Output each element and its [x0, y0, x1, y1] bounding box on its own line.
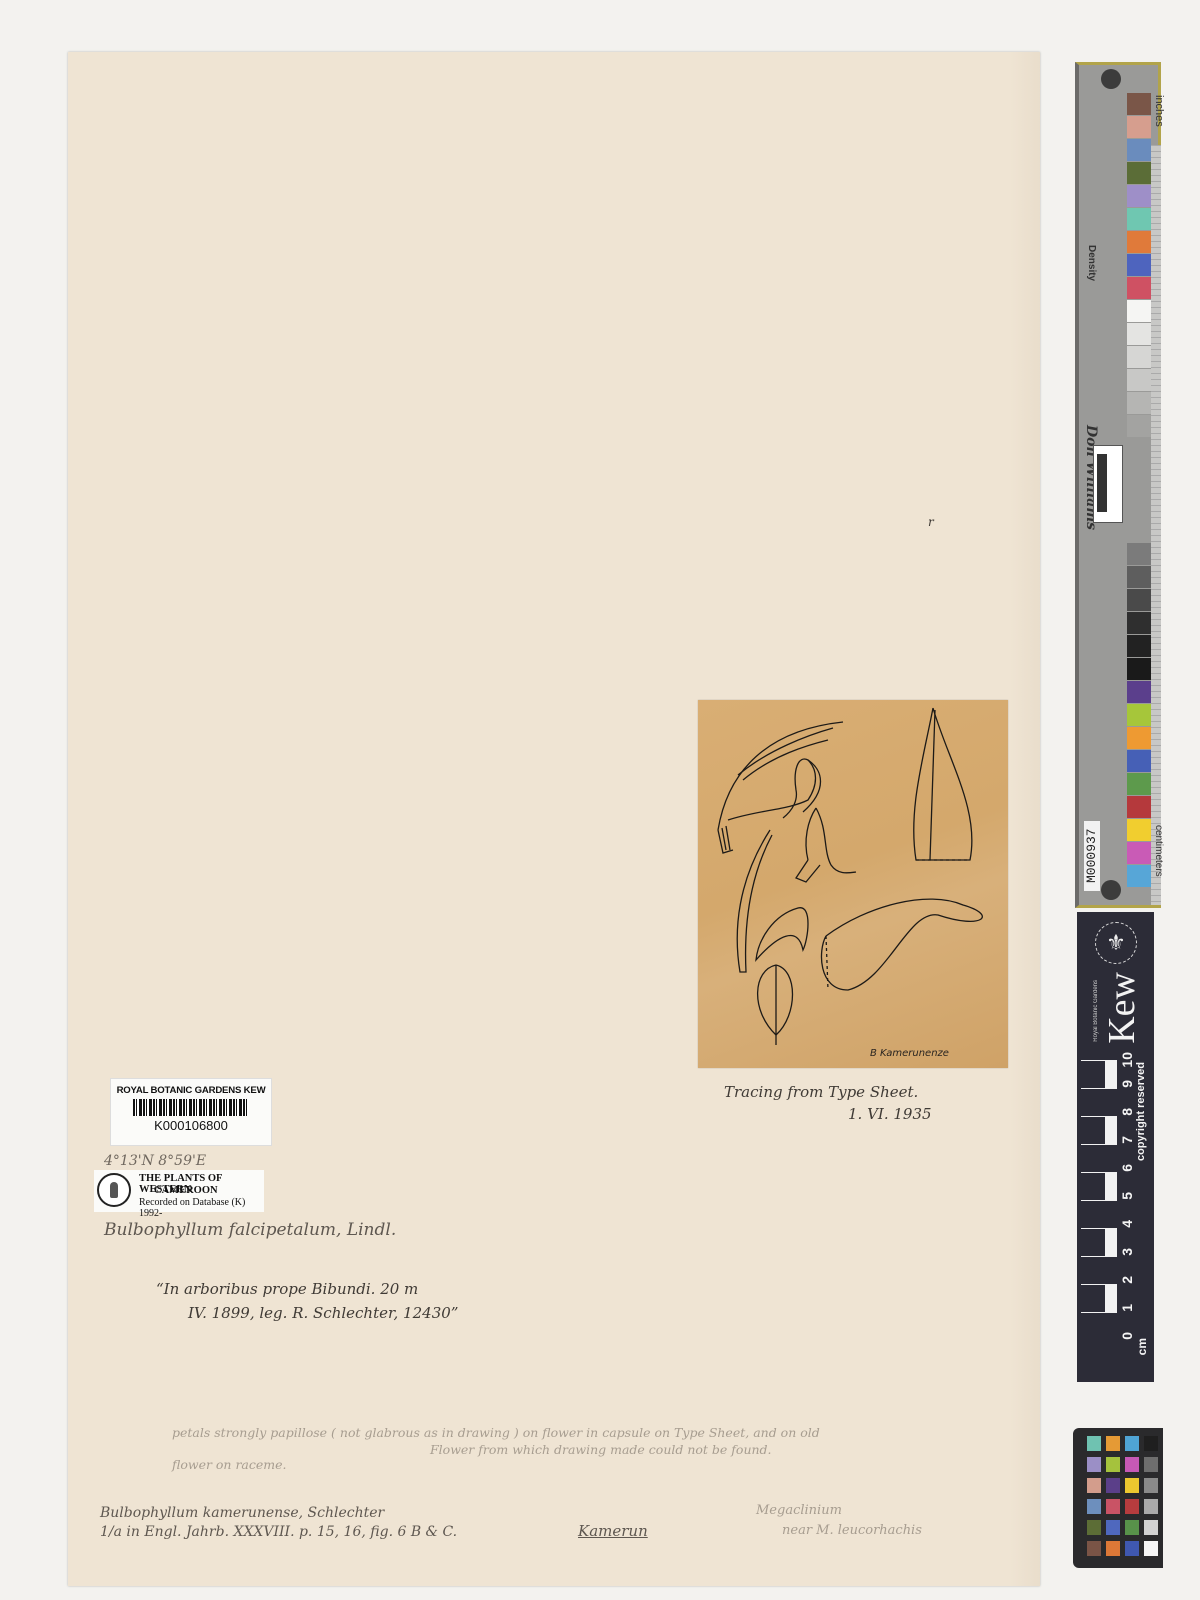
- ruler-tick: [1081, 1088, 1105, 1089]
- determination-note: Bulbophyllum falcipetalum, Lindl.: [104, 1220, 396, 1240]
- checker-cell: [1144, 1520, 1158, 1535]
- color-patch: [1127, 185, 1151, 207]
- checker-cell: [1106, 1541, 1120, 1556]
- ruler-segment: [1105, 1144, 1117, 1173]
- ruler-tick: [1081, 1144, 1105, 1145]
- ruler-number: 2: [1119, 1276, 1135, 1284]
- punch-hole-icon: [1101, 880, 1121, 900]
- color-patch: [1127, 819, 1151, 841]
- color-patch: [1127, 277, 1151, 299]
- pencil-annotation-line1: Megaclinium: [756, 1503, 842, 1518]
- color-patch: [1127, 773, 1151, 795]
- ruler-ticks: [1081, 1060, 1117, 1340]
- darwin-initiative-seal-icon: [97, 1173, 131, 1207]
- color-patch: [1127, 543, 1151, 565]
- color-patch: [1127, 392, 1151, 414]
- ruler-segment: [1105, 1228, 1117, 1257]
- color-patch: [1127, 681, 1151, 703]
- checker-cell: [1144, 1457, 1158, 1472]
- target-strip-icon: [1093, 445, 1123, 523]
- checker-cell: [1087, 1541, 1101, 1556]
- barcode-icon: [133, 1099, 249, 1116]
- tracing-date: 1. VI. 1935: [848, 1105, 932, 1123]
- database-label: THE PLANTS OF WESTERN CAMEROON Recorded …: [94, 1170, 264, 1212]
- color-patch: [1127, 658, 1151, 680]
- color-patch: [1127, 750, 1151, 772]
- checker-cell: [1125, 1499, 1139, 1514]
- checker-cell: [1125, 1541, 1139, 1556]
- color-patch: [1127, 323, 1151, 345]
- floral-dissection-drawing-icon: [698, 700, 1008, 1068]
- ruler-number: 3: [1119, 1248, 1135, 1256]
- color-patch: [1127, 254, 1151, 276]
- color-patch: [1127, 139, 1151, 161]
- copyright-label: copyright reserved: [1135, 1062, 1147, 1161]
- color-patch: [1127, 162, 1151, 184]
- ruler-tick: [1081, 1312, 1105, 1313]
- checker-cell: [1106, 1436, 1120, 1451]
- ruler-number: 7: [1119, 1136, 1135, 1144]
- coordinates-note: 4°13'N 8°59'E: [104, 1153, 206, 1169]
- ruler-segment: [1105, 1200, 1117, 1229]
- locality-line2: IV. 1899, leg. R. Schlechter, 12430”: [188, 1304, 458, 1322]
- ruler-number: 6: [1119, 1164, 1135, 1172]
- barcode-label: ROYAL BOTANIC GARDENS KEW K000106800: [110, 1078, 272, 1146]
- color-patch: [1127, 589, 1151, 611]
- ruler-number: 8: [1119, 1108, 1135, 1116]
- ruler-number: 5: [1119, 1192, 1135, 1200]
- color-patch: [1127, 208, 1151, 230]
- kew-subtitle: Royal Botanic Gardens: [1093, 980, 1099, 1042]
- color-patch: [1127, 346, 1151, 368]
- color-patch: [1127, 231, 1151, 253]
- punch-hole-icon: [1101, 69, 1121, 89]
- checker-cell: [1144, 1499, 1158, 1514]
- ruler-tick: [1081, 1116, 1105, 1117]
- color-patch: [1127, 369, 1151, 391]
- database-label-line2: CAMEROON: [154, 1185, 218, 1196]
- pencil-annotation-line2: near M. leucorhachis: [782, 1523, 922, 1538]
- pencil-note-line2: flower on raceme.: [172, 1457, 287, 1472]
- ruler-segment: [1105, 1284, 1117, 1313]
- checker-cell: [1144, 1541, 1158, 1556]
- ruler-segment: [1105, 1060, 1117, 1089]
- color-checker-card: [1073, 1428, 1163, 1568]
- ruler-number: 4: [1119, 1220, 1135, 1228]
- original-name-line2: 1/a in Engl. Jahrb. XXXVIII. p. 15, 16, …: [100, 1524, 457, 1540]
- checker-cell: [1144, 1436, 1158, 1451]
- ruler-number: 10: [1119, 1052, 1135, 1068]
- centimeters-label: centimeters: [1153, 825, 1164, 877]
- ruler-tick: [1081, 1060, 1105, 1061]
- ruler-scale: [1151, 145, 1161, 905]
- color-patch: [1127, 300, 1151, 322]
- checker-cell: [1087, 1499, 1101, 1514]
- color-patch: [1127, 415, 1151, 437]
- ruler-tick: [1081, 1256, 1105, 1257]
- database-label-line3: Recorded on Database (K) 1992-: [139, 1197, 264, 1219]
- checker-cell: [1106, 1499, 1120, 1514]
- reference-id: M000937: [1084, 821, 1100, 891]
- cm-label: cm: [1135, 1338, 1149, 1355]
- color-patch: [1127, 116, 1151, 138]
- ruler-segment: [1105, 1312, 1117, 1341]
- barcode-number: K000106800: [111, 1118, 271, 1133]
- checker-cell: [1125, 1520, 1139, 1535]
- tracing-note: Tracing from Type Sheet.: [724, 1083, 918, 1101]
- density-label: Density: [1086, 245, 1097, 281]
- checker-cell: [1106, 1478, 1120, 1493]
- ruler-tick: [1081, 1284, 1105, 1285]
- checker-cell: [1125, 1457, 1139, 1472]
- color-patch: [1127, 612, 1151, 634]
- color-reference-bar: inches Density Don Williams M000937 cent…: [1075, 62, 1161, 908]
- region-note: Kamerun: [578, 1522, 648, 1540]
- inches-label: inches: [1153, 95, 1165, 127]
- ruler-number: 0: [1119, 1332, 1135, 1340]
- pencil-note-line1: petals strongly papillose ( not glabrous…: [172, 1425, 820, 1440]
- kew-scale-ruler: ⚜ Kew Royal Botanic Gardens 109876543210…: [1077, 912, 1154, 1382]
- color-patch: [1127, 635, 1151, 657]
- color-patch: [1127, 93, 1151, 115]
- checker-cell: [1106, 1457, 1120, 1472]
- ruler-tick: [1081, 1172, 1105, 1173]
- color-patch: [1127, 796, 1151, 818]
- color-patch: [1127, 704, 1151, 726]
- checker-cell: [1087, 1520, 1101, 1535]
- color-patch: [1127, 865, 1151, 887]
- tracing-paper: B Kamerunenze: [698, 700, 1008, 1068]
- color-patch: [1127, 842, 1151, 864]
- color-patch: [1127, 566, 1151, 588]
- locality-line1: “In arboribus prope Bibundi. 20 m: [156, 1280, 418, 1298]
- ruler-segment: [1105, 1256, 1117, 1285]
- original-name-line1: Bulbophyllum kamerunense, Schlechter: [100, 1505, 384, 1521]
- checker-cell: [1087, 1457, 1101, 1472]
- checker-cell: [1125, 1478, 1139, 1493]
- checker-cell: [1106, 1520, 1120, 1535]
- pencil-note-line3: Flower from which drawing made could not…: [430, 1442, 772, 1457]
- checker-cell: [1125, 1436, 1139, 1451]
- royal-crest-icon: ⚜: [1095, 922, 1137, 964]
- kew-logo: Kew: [1103, 972, 1141, 1044]
- ruler-segment: [1105, 1116, 1117, 1145]
- checker-cell: [1087, 1436, 1101, 1451]
- ruler-tick: [1081, 1228, 1105, 1229]
- ruler-segment: [1105, 1088, 1117, 1117]
- checker-cell: [1144, 1478, 1158, 1493]
- checker-cell: [1087, 1478, 1101, 1493]
- ruler-number: 1: [1119, 1304, 1135, 1312]
- ruler-segment: [1105, 1172, 1117, 1201]
- color-patch: [1127, 727, 1151, 749]
- tracing-caption: B Kamerunenze: [870, 1048, 949, 1059]
- ruler-number: 9: [1119, 1080, 1135, 1088]
- ruler-tick: [1081, 1200, 1105, 1201]
- barcode-label-title: ROYAL BOTANIC GARDENS KEW: [111, 1085, 271, 1096]
- ink-mark: r: [928, 515, 934, 529]
